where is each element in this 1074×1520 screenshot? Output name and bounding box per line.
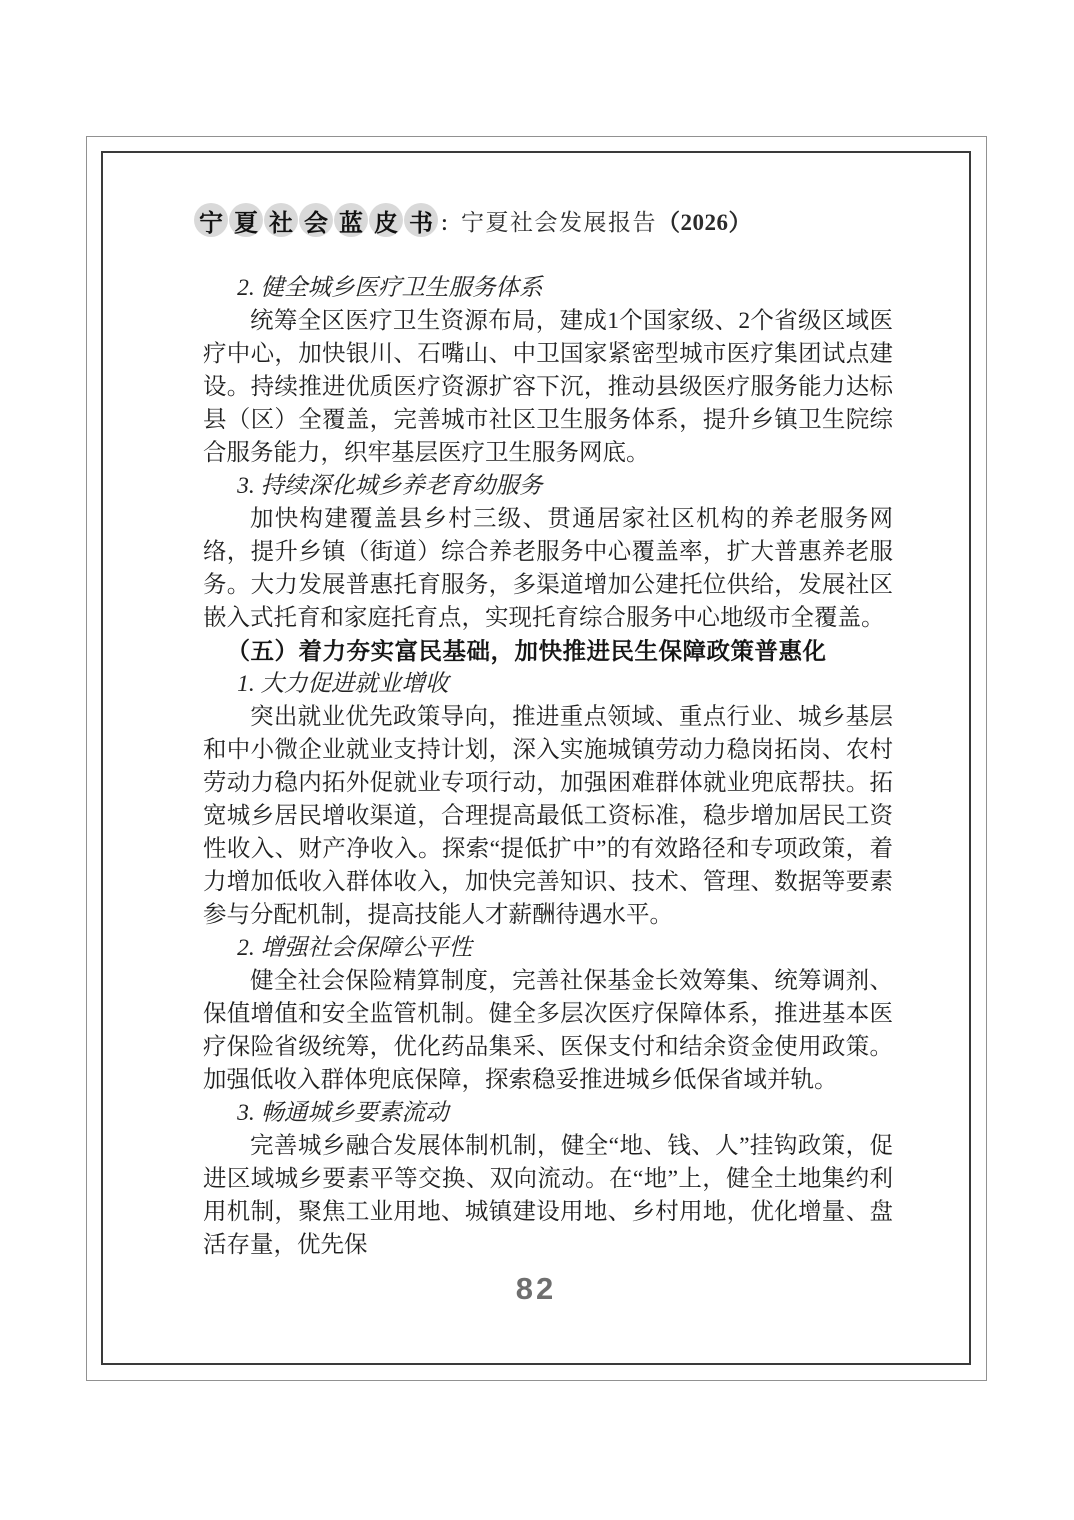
- logo-char: 蓝: [334, 203, 368, 237]
- logo-char: 宁: [194, 203, 228, 237]
- paragraph-elderly-childcare: 加快构建覆盖县乡村三级、贯通居家社区机构的养老服务网络，提升乡镇（街道）综合养老…: [203, 503, 893, 635]
- subheading-elderly-childcare: 3. 持续深化城乡养老育幼服务: [203, 470, 893, 503]
- subtitle-text: 宁夏社会发展报告: [461, 210, 657, 235]
- inner-border-frame: 宁 夏 社 会 蓝 皮 书 ： 宁夏社会发展报告（2026） 2. 健全城乡医疗…: [101, 151, 971, 1365]
- logo-char: 社: [264, 203, 298, 237]
- header-colon: ：: [439, 209, 461, 237]
- book-page: 宁 夏 社 会 蓝 皮 书 ： 宁夏社会发展报告（2026） 2. 健全城乡医疗…: [0, 0, 1074, 1520]
- subheading-employment-income: 1. 大力促进就业增收: [203, 668, 893, 701]
- logo-char: 夏: [229, 203, 263, 237]
- series-logo: 宁 夏 社 会 蓝 皮 书: [194, 203, 439, 237]
- logo-char: 会: [299, 203, 333, 237]
- paragraph-employment-income: 突出就业优先政策导向，推进重点领域、重点行业、城乡基层和中小微企业就业支持计划，…: [203, 701, 893, 932]
- outer-border-frame: 宁 夏 社 会 蓝 皮 书 ： 宁夏社会发展报告（2026） 2. 健全城乡医疗…: [86, 136, 987, 1381]
- subheading-social-security: 2. 增强社会保障公平性: [203, 932, 893, 965]
- logo-char: 书: [404, 203, 438, 237]
- paragraph-urban-rural-factors: 完善城乡融合发展体制机制，健全“地、钱、人”挂钩政策，促进区域城乡要素平等交换、…: [203, 1130, 893, 1262]
- subtitle-year: （2026）: [657, 210, 752, 235]
- paragraph-social-security: 健全社会保险精算制度，完善社保基金长效筹集、统筹调剂、保值增值和安全监管机制。健…: [203, 965, 893, 1097]
- subheading-medical-services: 2. 健全城乡医疗卫生服务体系: [203, 272, 893, 305]
- page-header: 宁 夏 社 会 蓝 皮 书 ： 宁夏社会发展报告（2026）: [194, 203, 752, 237]
- body-text: 2. 健全城乡医疗卫生服务体系 统筹全区医疗卫生资源布局，建成1个国家级、2个省…: [203, 272, 893, 1262]
- section-heading-five: （五）着力夯实富民基础，加快推进民生保障政策普惠化: [203, 635, 893, 668]
- logo-char: 皮: [369, 203, 403, 237]
- page-number: 82: [103, 1271, 969, 1307]
- subheading-urban-rural-factors: 3. 畅通城乡要素流动: [203, 1097, 893, 1130]
- report-subtitle: 宁夏社会发展报告（2026）: [461, 204, 752, 237]
- paragraph-medical-services: 统筹全区医疗卫生资源布局，建成1个国家级、2个省级区域医疗中心，加快银川、石嘴山…: [203, 305, 893, 470]
